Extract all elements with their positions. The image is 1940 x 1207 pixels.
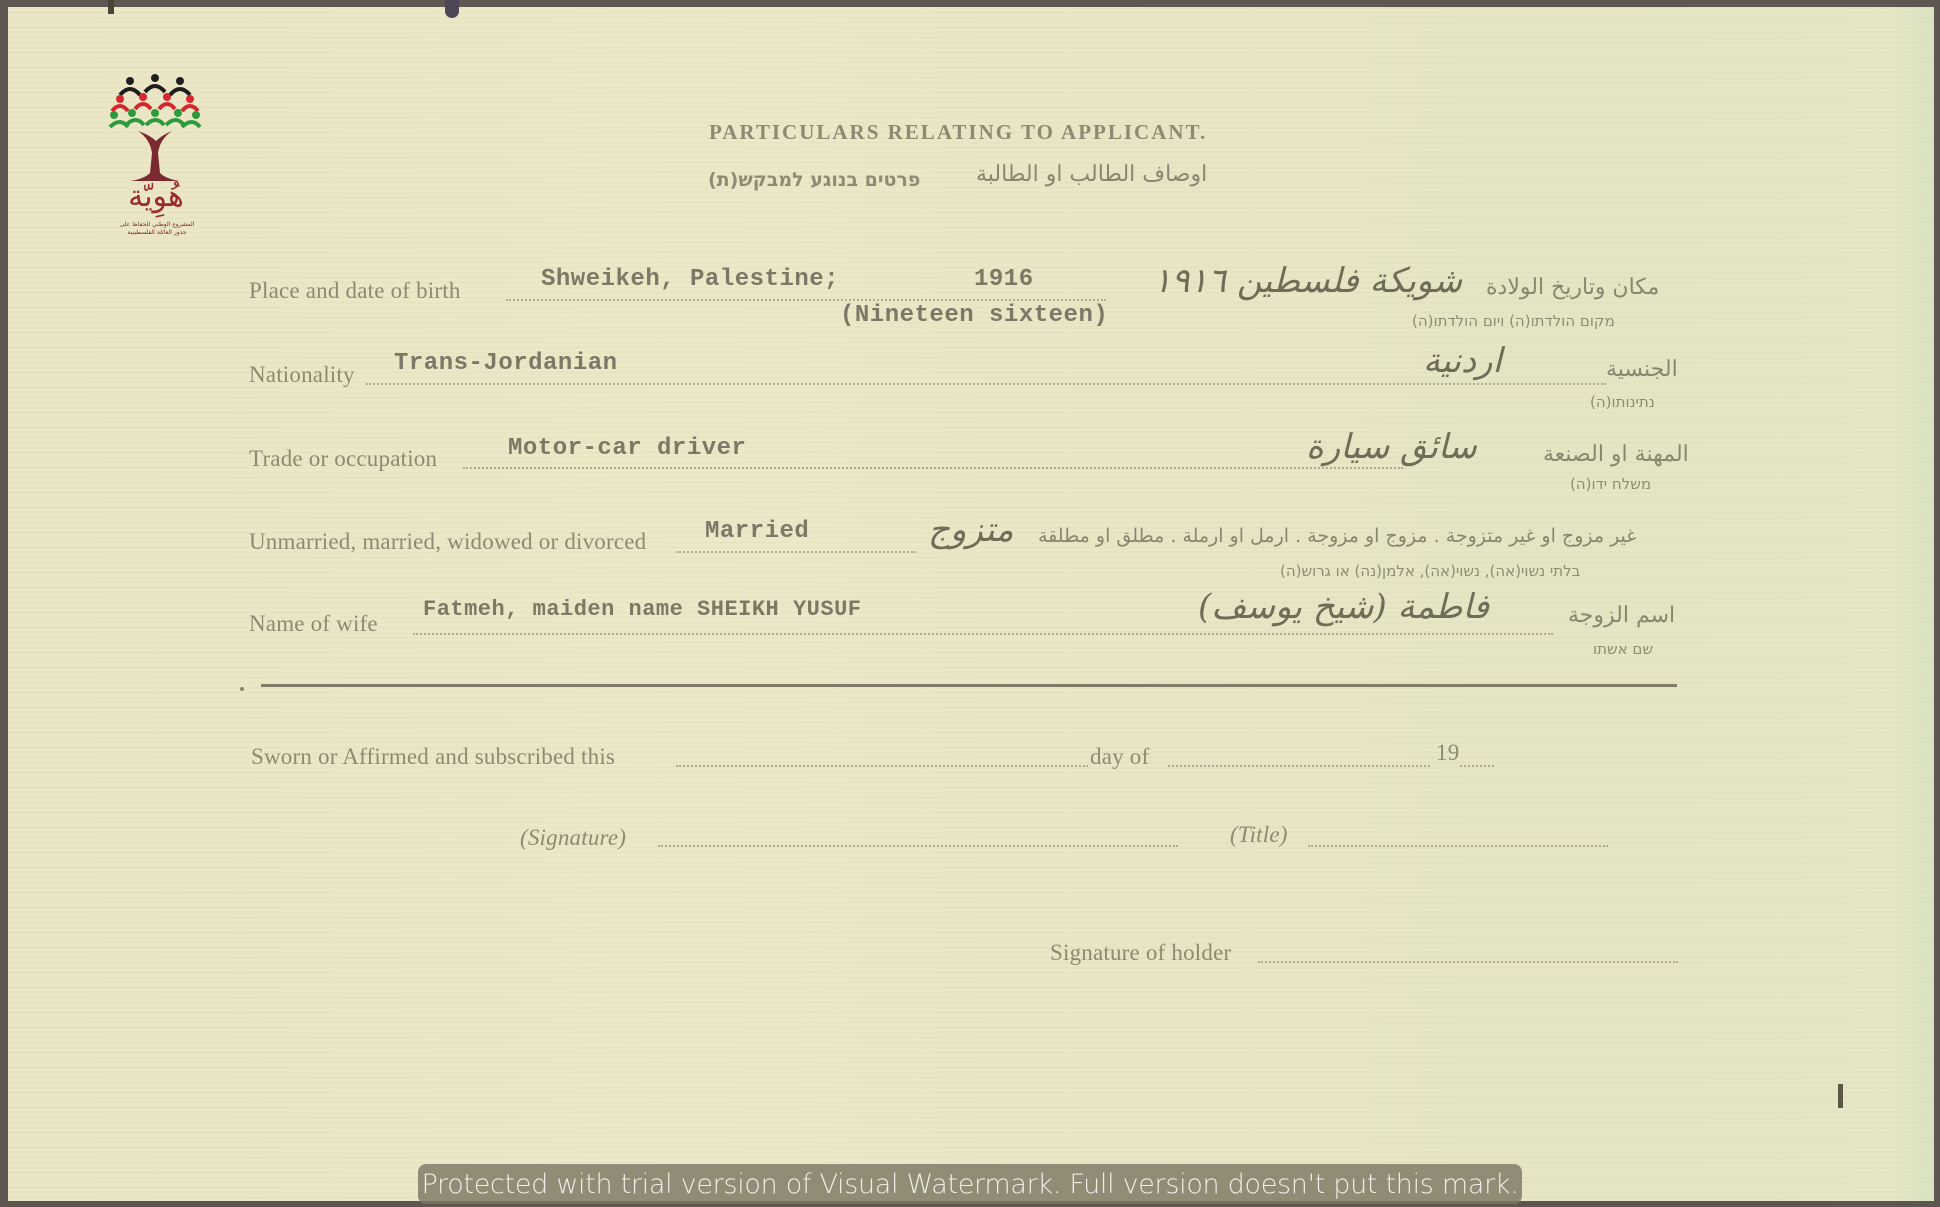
ink-dot [240,687,244,691]
page-title-hebrew: פרטים בנוגע למבקש(ת) [708,169,920,191]
marital-arabic-label: غير مزوج او غير متزوجة . مزوج او مزوجة .… [1038,525,1636,547]
birth-year-words: (Nineteen sixteen) [840,302,1108,329]
wife-arabic-label: اسم الزوجة [1568,603,1675,628]
birth-dotted-line [506,299,1106,301]
birth-year-value: 1916 [974,266,1034,293]
day-of-label: day of [1090,744,1149,770]
pin-mark-bottom-right [1838,1084,1843,1108]
nationality-dotted-line [366,383,1606,385]
marital-value: Married [705,518,809,545]
marital-label: Unmarried, married, widowed or divorced [249,529,646,555]
logo-tagline-line1: المشروع الوطني للحفاظ على [102,221,212,229]
marital-dotted-line [676,551,916,553]
nationality-value: Trans-Jordanian [394,350,618,377]
occupation-value: Motor-car driver [508,435,746,462]
logo-tagline-line2: جذور العائلة الفلسطينية [102,229,212,237]
month-line [1168,765,1430,767]
birth-place-value: Shweikeh, Palestine; [541,266,839,293]
document-page: هُوِيّة المشروع الوطني للحفاظ على جذور ا… [8,7,1934,1201]
trial-watermark-banner: Protected with trial version of Visual W… [418,1164,1522,1204]
sworn-label: Sworn or Affirmed and subscribed this [251,744,615,770]
title-label: (Title) [1230,822,1288,848]
signature-label: (Signature) [520,825,626,851]
page-title-arabic: اوصاف الطالب او الطالبة [976,162,1207,187]
pin-mark-center [445,0,459,18]
occupation-dotted-line [463,467,1403,469]
logo-tagline: المشروع الوطني للحفاظ على جذور العائلة ا… [102,221,212,237]
occupation-arabic-label: المهنة او الصنعة [1543,442,1689,467]
nationality-arabic-label: الجنسية [1606,357,1678,382]
logo-title: هُوِيّة [116,179,196,214]
hawiya-logo: هُوِيّة المشروع الوطني للحفاظ على جذور ا… [108,73,203,243]
nationality-arabic-handwritten: اردنية [1423,341,1502,381]
year-prefix: 19 [1436,740,1459,766]
wife-arabic-handwritten: فاطمة (شيخ يوسف) [1198,587,1489,627]
occupation-hebrew-label: משלח ידו(ה) [1570,475,1651,493]
sworn-day-line [676,765,1088,767]
pin-mark-left [108,0,114,14]
birth-hebrew-label: מקום הולדתו(ה) ויום הולדתו(ה) [1412,312,1615,330]
page-title: PARTICULARS RELATING TO APPLICANT. [709,120,1207,145]
birth-arabic-handwritten: شويكة فلسطين ١٩١٦ [1153,261,1462,301]
occupation-arabic-handwritten: سائق سيارة [1306,427,1477,467]
marital-arabic-handwritten: متزوج [928,510,1014,550]
nationality-label: Nationality [249,362,355,388]
family-tree-icon [108,73,203,183]
wife-dotted-line [413,633,1553,635]
birth-label: Place and date of birth [249,278,461,304]
section-divider [261,684,1677,687]
wife-label: Name of wife [249,611,378,637]
wife-value: Fatmeh, maiden name SHEIKH YUSUF [423,597,861,622]
holder-signature-label: Signature of holder [1050,940,1231,966]
wife-hebrew-label: שם אשתו [1593,640,1653,658]
holder-signature-line [1258,961,1678,963]
nationality-hebrew-label: נתינותו(ה) [1590,393,1655,411]
occupation-label: Trade or occupation [249,446,437,472]
year-line [1460,765,1494,767]
signature-line [658,845,1178,847]
title-line [1308,845,1608,847]
birth-arabic-label: مكان وتاريخ الولادة [1486,275,1659,300]
marital-hebrew-label: בלתי נשוי(אה), נשוי(אה), אלמן(נה) או גרו… [1280,562,1580,580]
